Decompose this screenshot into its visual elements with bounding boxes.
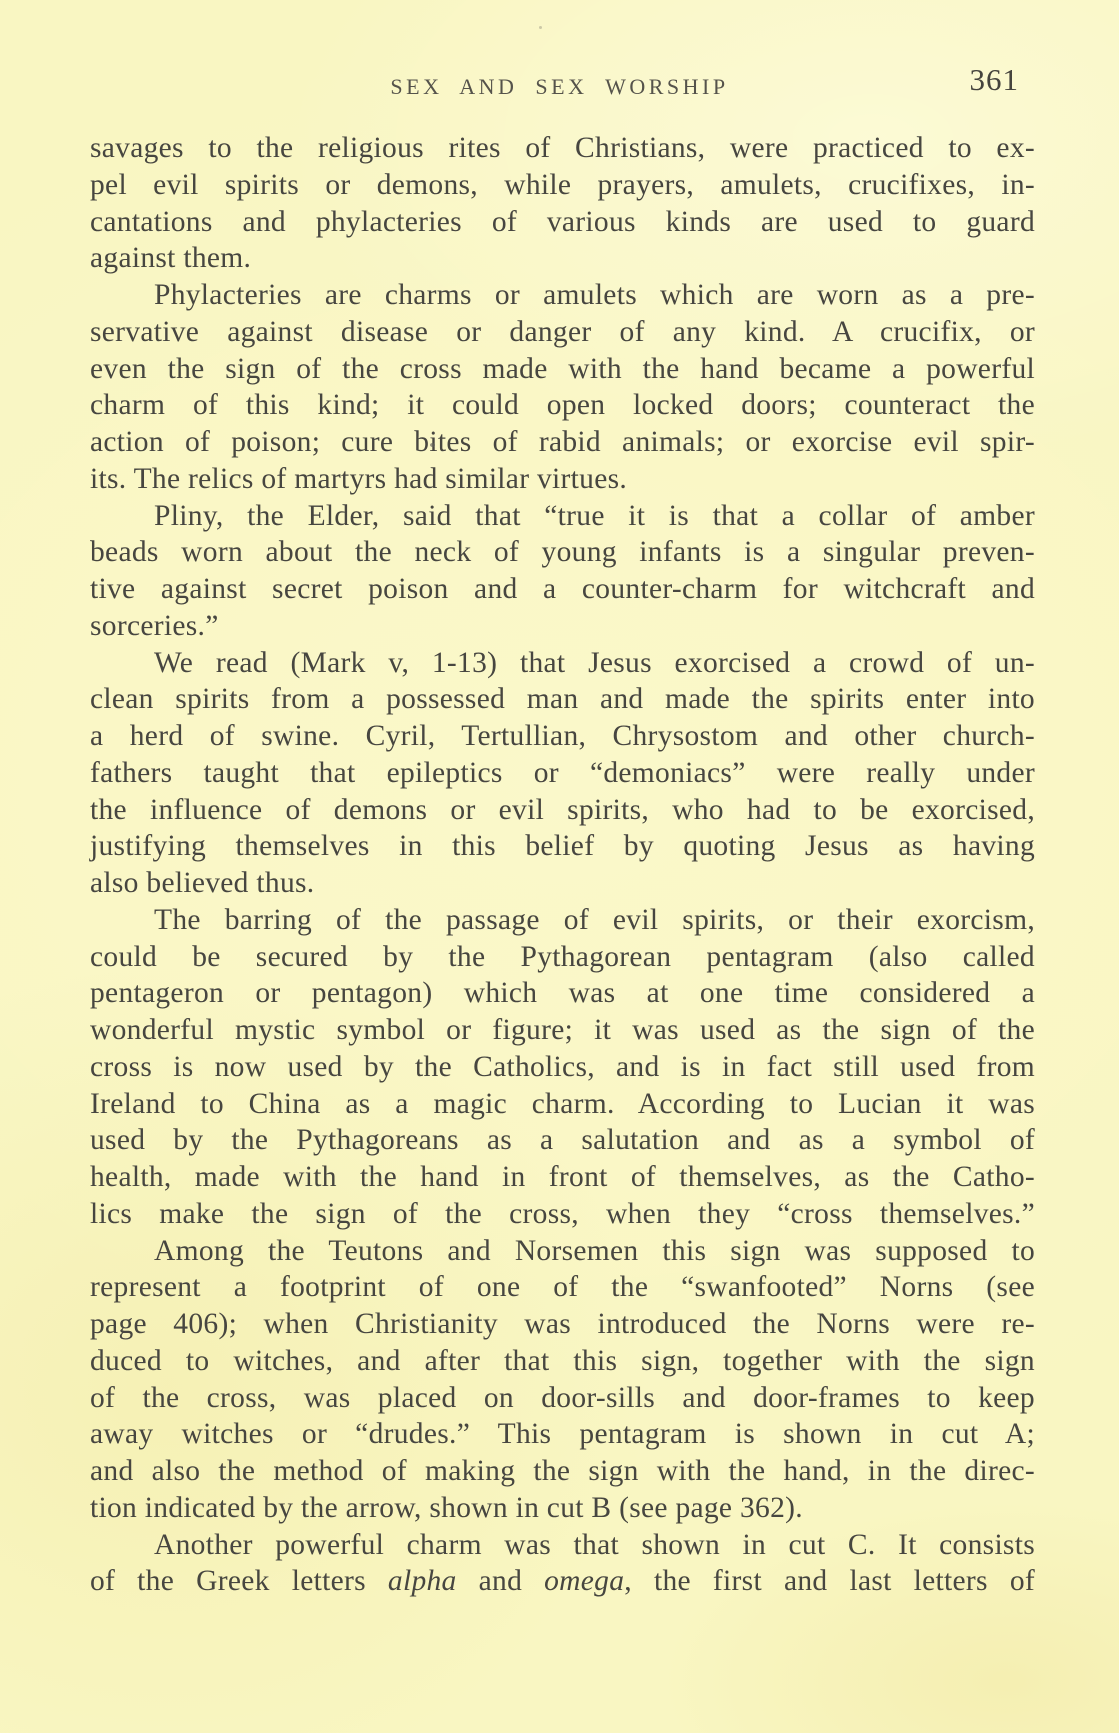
book-page: SEX AND SEX WORSHIP 361 savages to the r…	[0, 0, 1119, 1733]
text-line: Ireland to China as a magic charm. Accor…	[90, 1086, 1035, 1123]
text-line: justifying themselves in this belief by …	[90, 828, 1035, 865]
text-line: and also the method of making the sign w…	[90, 1453, 1035, 1490]
italic-text: alpha	[388, 1565, 457, 1597]
running-head: SEX AND SEX WORSHIP	[0, 74, 1119, 100]
text-line: Among the Teutons and Norsemen this sign…	[90, 1233, 1035, 1270]
text-line: also believed thus.	[90, 865, 1035, 902]
text-line: sorceries.”	[90, 608, 1035, 645]
text-line: lics make the sign of the cross, when th…	[90, 1196, 1035, 1233]
text-line: tive against secret poison and a counter…	[90, 571, 1035, 608]
text-line: cantations and phylacteries of various k…	[90, 204, 1035, 241]
text-line: cross is now used by the Catholics, and …	[90, 1049, 1035, 1086]
text-line: even the sign of the cross made with the…	[90, 351, 1035, 388]
text-line: Another powerful charm was that shown in…	[90, 1527, 1035, 1564]
text-line: savages to the religious rites of Christ…	[90, 130, 1035, 167]
text-line: action of poison; cure bites of rabid an…	[90, 424, 1035, 461]
text-line: page 406); when Christianity was introdu…	[90, 1306, 1035, 1343]
text-line: charm of this kind; it could open locked…	[90, 387, 1035, 424]
text-line: Pliny, the Elder, said that “true it is …	[90, 498, 1035, 535]
text-line: Phylacteries are charms or amulets which…	[90, 277, 1035, 314]
ink-speck	[430, 443, 435, 447]
text-line: The barring of the passage of evil spiri…	[90, 902, 1035, 939]
text-line: pentageron or pentagon) which was at one…	[90, 975, 1035, 1012]
text-line: health, made with the hand in front of t…	[90, 1159, 1035, 1196]
text-line: servative against disease or danger of a…	[90, 314, 1035, 351]
text-line: the influence of demons or evil spirits,…	[90, 792, 1035, 829]
text-line: of the cross, was placed on door-sills a…	[90, 1380, 1035, 1417]
text-line: wonderful mystic symbol or figure; it wa…	[90, 1012, 1035, 1049]
text-line: We read (Mark v, 1-13) that Jesus exorci…	[90, 645, 1035, 682]
text-line: tion indicated by the arrow, shown in cu…	[90, 1490, 1035, 1527]
text-line: of the Greek letters alpha and omega, th…	[90, 1563, 1035, 1600]
text-line: duced to witches, and after that this si…	[90, 1343, 1035, 1380]
text-line: against them.	[90, 240, 1035, 277]
text-line: its. The relics of martyrs had similar v…	[90, 461, 1035, 498]
text-line: used by the Pythagoreans as a salutation…	[90, 1122, 1035, 1159]
text-line: represent a footprint of one of the “swa…	[90, 1269, 1035, 1306]
ink-speck	[539, 26, 542, 29]
body-text: savages to the religious rites of Christ…	[90, 130, 1035, 1600]
text-line: clean spirits from a possessed man and m…	[90, 681, 1035, 718]
text-line: a herd of swine. Cyril, Tertullian, Chry…	[90, 718, 1035, 755]
text-line: beads worn about the neck of young infan…	[90, 534, 1035, 571]
page-number: 361	[970, 62, 1020, 98]
text-line: pel evil spirits or demons, while prayer…	[90, 167, 1035, 204]
text-line: away witches or “drudes.” This pentagram…	[90, 1416, 1035, 1453]
text-line: could be secured by the Pythagorean pent…	[90, 939, 1035, 976]
text-line: fathers taught that epileptics or “demon…	[90, 755, 1035, 792]
italic-text: omega	[544, 1565, 624, 1597]
